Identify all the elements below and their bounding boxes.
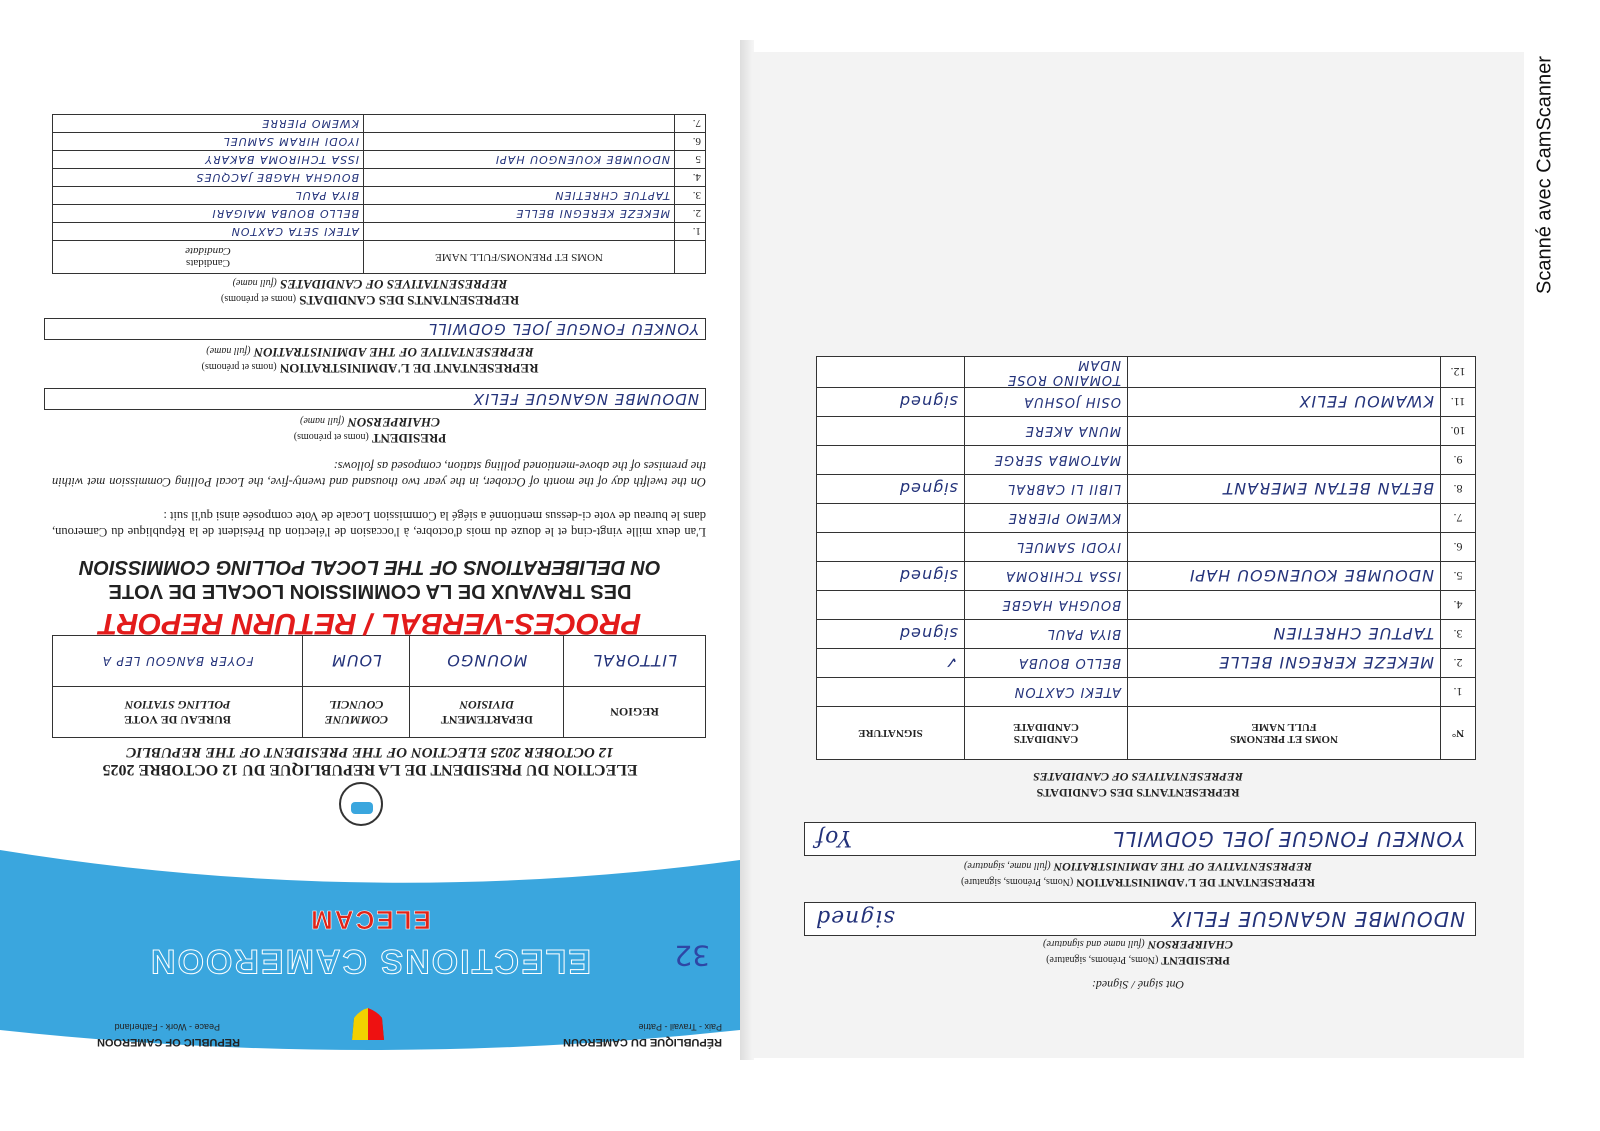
row-number: 5. xyxy=(1441,562,1476,591)
table-row: 3.TAPTUE CHRETIENBIYA PAUL xyxy=(53,187,706,205)
left-page: RÉPUBLIQUE DU CAMEROUN Paix - Travail - … xyxy=(0,40,740,1060)
candidate-name: TOMAINO ROSE NDAM xyxy=(965,357,1128,388)
table-row: 3.TAPTUE CHRETIENBIYA PAULsigned xyxy=(817,620,1476,649)
candidate-name: OSIH JOSHUA xyxy=(965,388,1128,417)
representative-name xyxy=(1128,446,1441,475)
signature-cell xyxy=(817,357,965,388)
representative-name xyxy=(1128,504,1441,533)
candidate-name: BOUGHA HAGBE xyxy=(965,591,1128,620)
header-division: DEPARTEMENTDIVISION xyxy=(410,687,564,738)
motto-fr: Paix - Travail - Patrie xyxy=(638,1022,722,1032)
candidate-name: KWEMO PIERRE xyxy=(53,115,364,133)
table-row: 4.BOUGHA HAGBE xyxy=(817,591,1476,620)
preamble-fr: L'an deux mille vingt-cinq et le douze d… xyxy=(52,508,706,540)
col-num xyxy=(675,241,706,274)
signature-cell xyxy=(817,678,965,707)
report-title: PROCES-VERBAL / RETURN REPORT xyxy=(0,606,740,640)
candidate-name: ATEKI CAXTON xyxy=(965,678,1128,707)
signature-cell xyxy=(817,533,965,562)
right-reps-table: N° NOMS ET PRENOMSFULL NAME CANDIDATSCAN… xyxy=(816,356,1476,760)
report-subtitle-fr: DES TRAVAUX DE LA COMMISSION LOCALE DE V… xyxy=(0,579,740,602)
table-row: 2.MEKEZE KEREGNI BELLEBELLO BOUBA✓ xyxy=(817,649,1476,678)
table-row: 10.MUNA AKERE xyxy=(817,417,1476,446)
camscanner-watermark: Scanné avec CamScanner xyxy=(1520,30,1570,320)
header-council: COMMUNECOUNCIL xyxy=(303,687,410,738)
candidate-name: LIBII LI CABRAL xyxy=(965,475,1128,504)
table-row: 1.ATEKI SETA CAXTON xyxy=(53,223,706,241)
representative-name xyxy=(364,115,675,133)
region-value: LITTORAL xyxy=(564,636,706,687)
election-title-fr: ELECTION DU PRESIDENT DE LA REPUBLIQUE D… xyxy=(0,760,740,778)
candidate-name: IYODI HIRAM SAMUEL xyxy=(53,133,364,151)
president-signature: signed xyxy=(815,901,895,933)
right-president-label: PRESIDENT (Noms, Prénoms, signature) xyxy=(752,953,1524,968)
candidate-name: MUNA AKERE xyxy=(965,417,1128,446)
row-number: 2. xyxy=(1441,649,1476,678)
left-reps-table: NOMS ET PRENOMS/FULL NAME CandidatsCandi… xyxy=(52,114,706,274)
representative-name: NDOUMBE KOUENGOU HAPI xyxy=(364,151,675,169)
elecam-banner: RÉPUBLIQUE DU CAMEROUN Paix - Travail - … xyxy=(0,830,740,1060)
signature-cell xyxy=(817,504,965,533)
table-row: 8.BETAN BETAN EMERANTLIBII LI CABRALsign… xyxy=(817,475,1476,504)
table-row: 4.BOUGHA HAGBE JACQUES xyxy=(53,169,706,187)
representative-name xyxy=(1128,357,1441,388)
signature-cell xyxy=(817,446,965,475)
table-row: 1.ATEKI CAXTON xyxy=(817,678,1476,707)
representative-name: TAPTUE CHRETIEN xyxy=(364,187,675,205)
col-candidate: CANDIDATSCANDIDATE xyxy=(965,707,1128,760)
table-row: 9.MATOMBA SERGE xyxy=(817,446,1476,475)
table-row: 7.KWEMO PIERRE xyxy=(53,115,706,133)
col-num: N° xyxy=(1441,707,1476,760)
admin-signature: Yof xyxy=(815,821,852,853)
representative-name: NDOUMBE KOUENGOU HAPI xyxy=(1128,562,1441,591)
candidate-name: ATEKI SETA CAXTON xyxy=(53,223,364,241)
representative-name: KWAMOU FELIX xyxy=(1128,388,1441,417)
council-value: LOUM xyxy=(303,636,410,687)
representative-name: MEKEZE KEREGNI BELLE xyxy=(1128,649,1441,678)
reps-label-en: REPRESENTATIVES OF CANDIDATES (full name… xyxy=(0,276,740,292)
preamble-en: On the twelfth day of the month of Octob… xyxy=(52,458,706,490)
table-row: 7.KWEMO PIERRE xyxy=(817,504,1476,533)
republic-en: REPUBLIC OF CAMEROON xyxy=(97,1036,240,1048)
table-row: 6.IYODI SAMUEL xyxy=(817,533,1476,562)
signature-cell: ✓ xyxy=(817,649,965,678)
candidate-name: MATOMBA SERGE xyxy=(965,446,1128,475)
representative-name xyxy=(1128,678,1441,707)
admin-label-en: REPRESENTATIVE OF THE ADMINISTRATION (fu… xyxy=(0,344,740,360)
org-name: ELECTIONS CAMEROON xyxy=(0,941,740,980)
candidate-name: ISSA TCHIROMA BAKARY xyxy=(53,151,364,169)
motto-en: Peace - Work - Fatherland xyxy=(115,1022,220,1032)
handwritten-page-number: 32 xyxy=(674,939,710,972)
signature-cell xyxy=(817,591,965,620)
row-number: 6. xyxy=(1441,533,1476,562)
right-reps-label: REPRESENTANTS DES CANDIDATS xyxy=(752,785,1524,800)
row-number: 8. xyxy=(1441,475,1476,504)
row-number: 3. xyxy=(675,187,706,205)
admin-label: REPRESENTANT DE L'ADMINISTRATION (noms e… xyxy=(0,360,740,376)
coat-of-arms-icon xyxy=(348,1004,388,1046)
header-polling-station: BUREAU DE VOTEPOLLING STATION xyxy=(53,687,303,738)
candidate-name: ISSA TCHIROMA xyxy=(965,562,1128,591)
representative-name xyxy=(364,169,675,187)
signature-cell: signed xyxy=(817,562,965,591)
row-number: 7. xyxy=(1441,504,1476,533)
row-number: 4. xyxy=(1441,591,1476,620)
reps-label: REPRESENTANTS DES CANDIDATS (noms et pré… xyxy=(0,292,740,308)
candidate-name: BOUGHA HAGBE JACQUES xyxy=(53,169,364,187)
representative-name xyxy=(1128,533,1441,562)
candidate-name: BELLO BOUBA MAIGARI xyxy=(53,205,364,223)
representative-name: TAPTUE CHRETIEN xyxy=(1128,620,1441,649)
election-title-en: 12 OCTOBER 2025 ELECTION OF THE PRESIDEN… xyxy=(0,743,740,760)
representative-name xyxy=(1128,417,1441,446)
table-row: 5NDOUMBE KOUENGOU HAPIISSA TCHIROMA BAKA… xyxy=(53,151,706,169)
representative-name xyxy=(364,223,675,241)
col-full-name: NOMS ET PRENOMSFULL NAME xyxy=(1128,707,1441,760)
republic-fr: RÉPUBLIQUE DU CAMEROUN xyxy=(563,1036,722,1048)
row-number: 5 xyxy=(675,151,706,169)
right-admin-label: REPRESENTANT DE L'ADMINISTRATION (Noms, … xyxy=(752,875,1524,890)
representative-name xyxy=(1128,591,1441,620)
admin-name-field: YONKEU FONGUE JOEL GODWILL xyxy=(44,318,706,340)
col-candidate: CandidatsCandidate xyxy=(53,241,364,274)
signature-cell xyxy=(817,417,965,446)
row-number: 10. xyxy=(1441,417,1476,446)
representative-name: MEKEZE KEREGNI BELLE xyxy=(364,205,675,223)
signature-cell: signed xyxy=(817,388,965,417)
row-number: 3. xyxy=(1441,620,1476,649)
signature-cell: signed xyxy=(817,475,965,504)
right-chairperson-label: CHAIRPERSON (full name and signature) xyxy=(752,937,1524,952)
row-number: 2. xyxy=(675,205,706,223)
candidate-name: KWEMO PIERRE xyxy=(965,504,1128,533)
row-number: 7. xyxy=(675,115,706,133)
row-number: 11. xyxy=(1441,388,1476,417)
col-signature: SIGNATURE xyxy=(817,707,965,760)
row-number: 1. xyxy=(675,223,706,241)
polling-station-value: FOYER BANGOU LEP A xyxy=(53,636,303,687)
report-subtitle-en: ON DELIBERATIONS OF THE LOCAL POLLING CO… xyxy=(0,555,740,578)
candidate-name: BELLO BOUBA xyxy=(965,649,1128,678)
representative-name: BETAN BETAN EMERANT xyxy=(1128,475,1441,504)
right-admin-label-en: REPRESENTATIVE OF THE ADMINISTRATION (fu… xyxy=(752,859,1524,874)
col-full-name: NOMS ET PRENOMS/FULL NAME xyxy=(364,241,675,274)
president-label: PRESIDENT (noms et prénoms) xyxy=(0,430,740,446)
candidate-name: BIYA PAUL xyxy=(965,620,1128,649)
division-value: MOUNGO xyxy=(410,636,564,687)
row-number: 12. xyxy=(1441,357,1476,388)
table-row: 11.KWAMOU FELIXOSIH JOSHUAsigned xyxy=(817,388,1476,417)
right-reps-label-en: REPRESENTATIVES OF CANDIDATES xyxy=(752,769,1524,784)
table-row: 5.NDOUMBE KOUENGOU HAPIISSA TCHIROMAsign… xyxy=(817,562,1476,591)
representative-name xyxy=(364,133,675,151)
org-acronym: ELECAM xyxy=(0,904,740,935)
right-president-name-field: NDOUMBE NGANGUE FELIX signed xyxy=(804,902,1476,936)
header-region: REGION xyxy=(564,687,706,738)
signed-label: Ont signé / Signed: xyxy=(752,977,1524,992)
president-name-field: NDOUMBE NGANGUE FELIX xyxy=(44,388,706,410)
row-number: 4. xyxy=(675,169,706,187)
right-admin-name-field: YONKEU FONGUE JOEL GODWILL Yof xyxy=(804,822,1476,856)
row-number: 6. xyxy=(675,133,706,151)
row-number: 1. xyxy=(1441,678,1476,707)
chairperson-label: CHAIRPERSON (full name) xyxy=(0,414,740,430)
signature-cell: signed xyxy=(817,620,965,649)
table-row: 12.TOMAINO ROSE NDAM xyxy=(817,357,1476,388)
right-page: Ont signé / Signed: PRESIDENT (Noms, Pré… xyxy=(752,52,1524,1058)
candidate-name: IYODI SAMUEL xyxy=(965,533,1128,562)
election-2025-logo-icon xyxy=(339,782,383,826)
location-table: REGION DEPARTEMENTDIVISION COMMUNECOUNCI… xyxy=(52,635,706,738)
table-row: 6.IYODI HIRAM SAMUEL xyxy=(53,133,706,151)
table-row: 2.MEKEZE KEREGNI BELLEBELLO BOUBA MAIGAR… xyxy=(53,205,706,223)
candidate-name: BIYA PAUL xyxy=(53,187,364,205)
row-number: 9. xyxy=(1441,446,1476,475)
